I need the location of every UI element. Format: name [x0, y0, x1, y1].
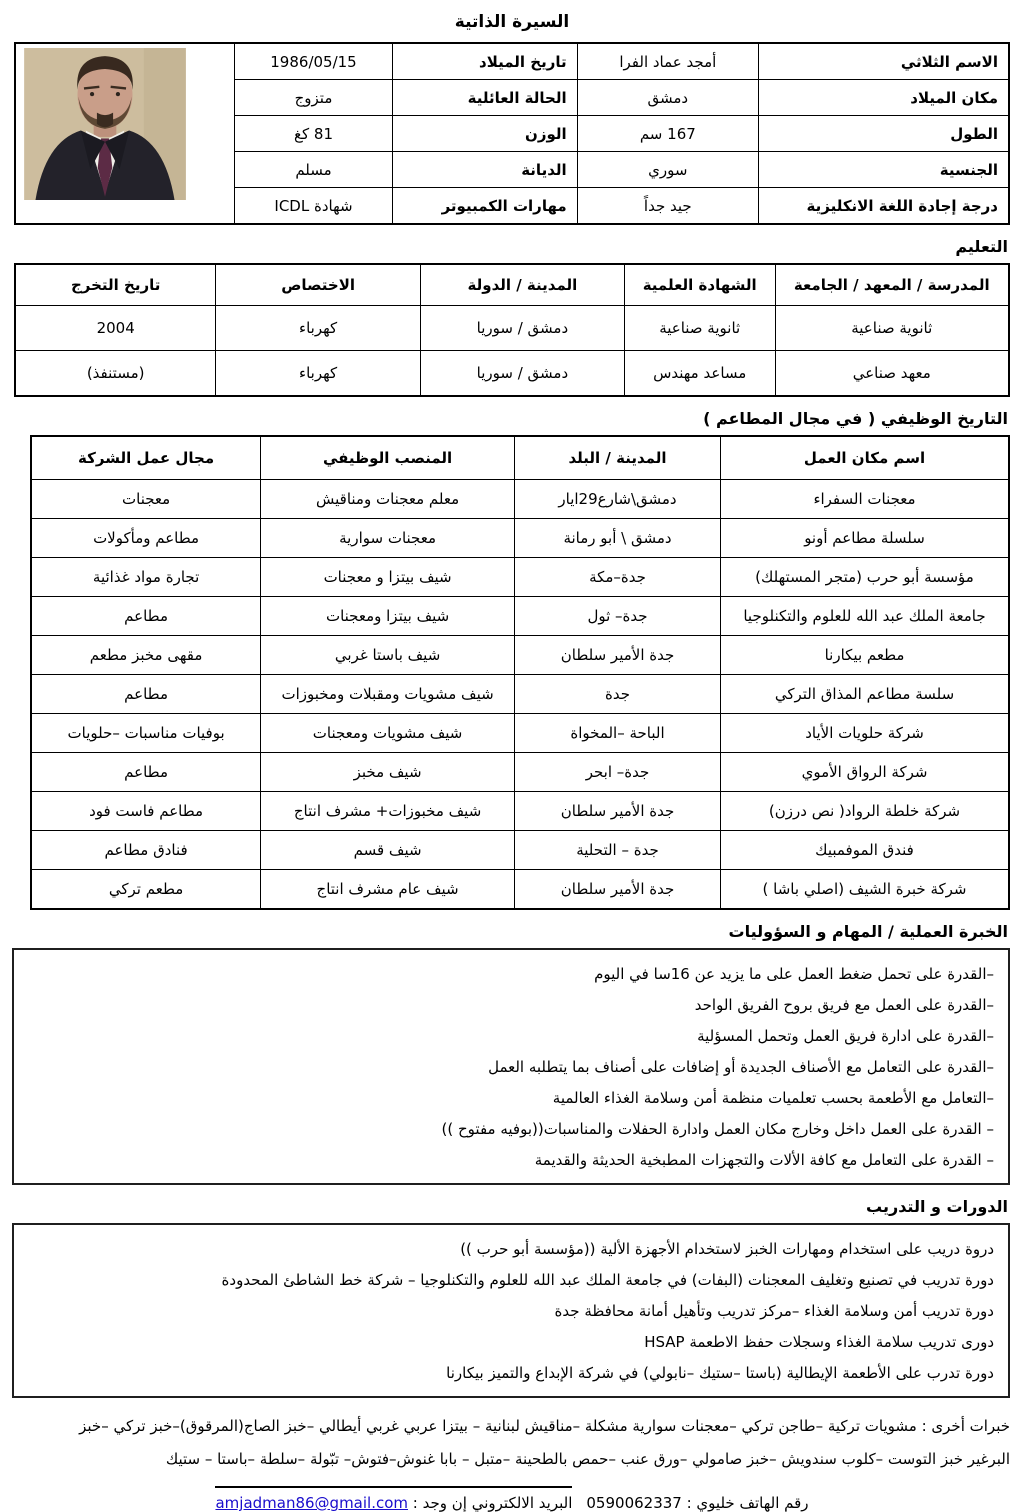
courses-box: دروة دريب على استخدام ومهارات الخبز لاست…: [12, 1223, 1010, 1398]
table-row: مؤسسة أبو حرب (متجر المستهلك) جدة–مكة شي…: [31, 558, 1009, 597]
section-title-courses: الدورات و التدريب: [14, 1197, 1008, 1216]
section-title-education: التعليم: [14, 237, 1008, 256]
table-cell: شركة خلطة الرواد( نص درزن): [721, 792, 1009, 831]
table-cell: دمشق \ أبو رمانة: [514, 519, 720, 558]
column-header: المدرسة / المعهد / الجامعة: [775, 264, 1009, 306]
table-cell: جدة–مكة: [514, 558, 720, 597]
column-header: المدينة / البلد: [514, 436, 720, 480]
other-skills-line: البرغير خبز التوست –كلوب سندويش –خبز صام…: [14, 1443, 1010, 1476]
table-row: معجنات السفراء دمشق\شارع29ايار معلم معجن…: [31, 480, 1009, 519]
table-row: سلسلة مطاعم أونو دمشق \ أبو رمانة معجنات…: [31, 519, 1009, 558]
course-item: دورة تدريب في تصنيع وتغليف المعجنات (الب…: [28, 1264, 994, 1295]
table-row: ثانوية صناعية ثانوية صناعية دمشق / سوريا…: [15, 306, 1009, 351]
experience-item: –القدرة على ادارة فريق العمل وتحمل المسؤ…: [28, 1020, 994, 1051]
field-label: مهارات الكمبيوتر: [393, 188, 578, 225]
table-row: الاسم الثلاثي أمجد عماد الفرا تاريخ المي…: [15, 43, 1009, 80]
table-cell: جدة الأمير سلطان: [514, 792, 720, 831]
field-value: متزوج: [234, 80, 392, 116]
table-header-row: المدرسة / المعهد / الجامعة الشهادة العلم…: [15, 264, 1009, 306]
cv-page: السيرة الذاتية الاسم الثلاثي أمجد عماد ا…: [0, 0, 1024, 1512]
phone-group: رقم الهاتف خليوي : 0590062337: [586, 1494, 808, 1512]
table-cell: فنادق مطاعم: [31, 831, 261, 870]
table-cell: الباحة –المخواة: [514, 714, 720, 753]
table-cell: مقهى مخبز مطعم: [31, 636, 261, 675]
field-label: الطول: [758, 116, 1009, 152]
field-label: الجنسية: [758, 152, 1009, 188]
field-value: 1986/05/15: [234, 43, 392, 80]
other-skills-line: خبرات أخرى : مشويات تركية –طاجن تركي –مع…: [14, 1410, 1010, 1443]
table-cell: كهرباء: [216, 306, 421, 351]
table-row: مطعم بيكارنا جدة الأمير سلطان شيف باستا …: [31, 636, 1009, 675]
field-value: 167 سم: [577, 116, 758, 152]
table-cell: شيف باستا غربي: [261, 636, 515, 675]
experience-item: –التعامل مع الأطعمة بحسب تعلميات منظمة أ…: [28, 1082, 994, 1113]
table-cell: معجنات: [31, 480, 261, 519]
table-cell: جدة الأمير سلطان: [514, 636, 720, 675]
table-row: شركة حلويات الأياد الباحة –المخواة شيف م…: [31, 714, 1009, 753]
table-cell: شيف قسم: [261, 831, 515, 870]
table-cell: مطعم تركي: [31, 870, 261, 910]
table-row: سلسة مطاعم المذاق التركي جدة شيف مشويات …: [31, 675, 1009, 714]
column-header: الاختصاص: [216, 264, 421, 306]
profile-photo-image: [24, 48, 186, 200]
experience-item: –القدرة على التعامل مع الأصناف الجديدة أ…: [28, 1051, 994, 1082]
personal-info-table: الاسم الثلاثي أمجد عماد الفرا تاريخ المي…: [14, 42, 1010, 225]
experience-item: – القدرة على العمل داخل وخارج مكان العمل…: [28, 1113, 994, 1144]
table-cell: مساعد مهندس: [624, 351, 775, 397]
education-table: المدرسة / المعهد / الجامعة الشهادة العلم…: [14, 263, 1010, 397]
course-item: دورة تدرب على الأطعمة الإيطالية (باستا –…: [28, 1357, 994, 1388]
column-header: مجال عمل الشركة: [31, 436, 261, 480]
course-item: دورى تدريب سلامة الغذاء وسجلات حفظ الاطع…: [28, 1326, 994, 1357]
table-cell: شركة خبرة الشيف (اصلي باشا ): [721, 870, 1009, 910]
table-cell: معجنات السفراء: [721, 480, 1009, 519]
table-cell: جدة – التحلية: [514, 831, 720, 870]
experience-item: –القدرة على تحمل ضغط العمل على ما يزيد ع…: [28, 958, 994, 989]
table-row: معهد صناعي مساعد مهندس دمشق / سوريا كهرب…: [15, 351, 1009, 397]
field-value: 81 كغ: [234, 116, 392, 152]
table-cell: معهد صناعي: [775, 351, 1009, 397]
page-title: السيرة الذاتية: [14, 12, 1010, 32]
email-label: البريد الالكتروني إن وجد :: [413, 1494, 573, 1512]
table-cell: كهرباء: [216, 351, 421, 397]
table-cell: (مستنفذ): [15, 351, 216, 397]
table-cell: جدة: [514, 675, 720, 714]
course-item: دروة دريب على استخدام ومهارات الخبز لاست…: [28, 1233, 994, 1264]
table-cell: سلسة مطاعم المذاق التركي: [721, 675, 1009, 714]
table-cell: جدة– ثول: [514, 597, 720, 636]
table-cell: 2004: [15, 306, 216, 351]
field-label: الوزن: [393, 116, 578, 152]
table-cell: مطعم بيكارنا: [721, 636, 1009, 675]
table-cell: ثانوية صناعية: [775, 306, 1009, 351]
table-cell: دمشق / سوريا: [420, 306, 624, 351]
table-cell: جامعة الملك عبد الله للعلوم والتكنلوجيا: [721, 597, 1009, 636]
table-cell: مطاعم: [31, 675, 261, 714]
table-cell: ثانوية صناعية: [624, 306, 775, 351]
table-cell: شيف عام مشرف انتاج: [261, 870, 515, 910]
field-value: جيد جداً: [577, 188, 758, 225]
table-header-row: اسم مكان العمل المدينة / البلد المنصب ال…: [31, 436, 1009, 480]
field-value: مسلم: [234, 152, 392, 188]
field-value: سوري: [577, 152, 758, 188]
table-cell: معجنات سوارية: [261, 519, 515, 558]
table-cell: معلم معجنات ومناقيش: [261, 480, 515, 519]
field-value: شهادة ICDL: [234, 188, 392, 225]
experience-item: – القدرة على التعامل مع كافة الألات والت…: [28, 1144, 994, 1175]
email-link[interactable]: amjadman86@gmail.com: [215, 1494, 408, 1512]
table-row: شركة خلطة الرواد( نص درزن) جدة الأمير سل…: [31, 792, 1009, 831]
profile-photo: [15, 43, 234, 224]
column-header: اسم مكان العمل: [721, 436, 1009, 480]
work-history-table: اسم مكان العمل المدينة / البلد المنصب ال…: [30, 435, 1010, 910]
other-skills-text: خبرات أخرى : مشويات تركية –طاجن تركي –مع…: [14, 1410, 1010, 1476]
section-title-work-history: التاريخ الوظيفي ( في مجال المطاعم ): [14, 409, 1008, 428]
table-cell: تجارة مواد غذائية: [31, 558, 261, 597]
table-cell: جدة– ابحر: [514, 753, 720, 792]
table-cell: دمشق\شارع29ايار: [514, 480, 720, 519]
table-cell: مطاعم ومأكولات: [31, 519, 261, 558]
table-cell: دمشق / سوريا: [420, 351, 624, 397]
table-cell: بوفيات مناسبات –حلويات: [31, 714, 261, 753]
column-header: الشهادة العلمية: [624, 264, 775, 306]
table-cell: شركة حلويات الأياد: [721, 714, 1009, 753]
experience-box: –القدرة على تحمل ضغط العمل على ما يزيد ع…: [12, 948, 1010, 1185]
field-label: الديانة: [393, 152, 578, 188]
table-cell: شركة الرواق الأموي: [721, 753, 1009, 792]
field-value: أمجد عماد الفرا: [577, 43, 758, 80]
table-cell: شيف مخبوزات+ مشرف انتاج: [261, 792, 515, 831]
table-cell: مؤسسة أبو حرب (متجر المستهلك): [721, 558, 1009, 597]
experience-item: –القدرة على العمل مع فريق بروح الفريق ال…: [28, 989, 994, 1020]
table-cell: فندق الموفمبيك: [721, 831, 1009, 870]
table-row: شركة خبرة الشيف (اصلي باشا ) جدة الأمير …: [31, 870, 1009, 910]
table-cell: جدة الأمير سلطان: [514, 870, 720, 910]
email-group: البريد الالكتروني إن وجد : amjadman86@gm…: [215, 1486, 572, 1512]
phone-label: رقم الهاتف خليوي :: [687, 1494, 809, 1512]
table-cell: شيف بيتزا ومعجنات: [261, 597, 515, 636]
course-item: دورة تدريب أمن وسلامة الغذاء –مركز تدريب…: [28, 1295, 994, 1326]
column-header: المدينة / الدولة: [420, 264, 624, 306]
phone-number: 0590062337: [586, 1494, 681, 1512]
column-header: المنصب الوظيفي: [261, 436, 515, 480]
table-cell: شيف مشويات ومعجنات: [261, 714, 515, 753]
table-cell: سلسلة مطاعم أونو: [721, 519, 1009, 558]
table-row: شركة الرواق الأموي جدة– ابحر شيف مخبز مط…: [31, 753, 1009, 792]
table-cell: شيف بيتزا و معجنات: [261, 558, 515, 597]
field-label: درجة إجادة اللغة الانكليزية: [758, 188, 1009, 225]
field-label: الاسم الثلاثي: [758, 43, 1009, 80]
table-row: جامعة الملك عبد الله للعلوم والتكنلوجيا …: [31, 597, 1009, 636]
table-row: فندق الموفمبيك جدة – التحلية شيف قسم فنا…: [31, 831, 1009, 870]
field-value: دمشق: [577, 80, 758, 116]
column-header: تاريخ التخرج: [15, 264, 216, 306]
table-cell: مطاعم: [31, 597, 261, 636]
table-cell: شيف مشويات ومقبلات ومخبوزات: [261, 675, 515, 714]
field-label: تاريخ الميلاد: [393, 43, 578, 80]
table-cell: شيف مخبز: [261, 753, 515, 792]
field-label: مكان الميلاد: [758, 80, 1009, 116]
field-label: الحالة العائلية: [393, 80, 578, 116]
table-cell: مطاعم: [31, 753, 261, 792]
section-title-experience: الخبرة العملية / المهام و السؤوليات: [14, 922, 1008, 941]
contact-row: رقم الهاتف خليوي : 0590062337 البريد الا…: [14, 1486, 1010, 1512]
table-cell: مطاعم فاست فود: [31, 792, 261, 831]
